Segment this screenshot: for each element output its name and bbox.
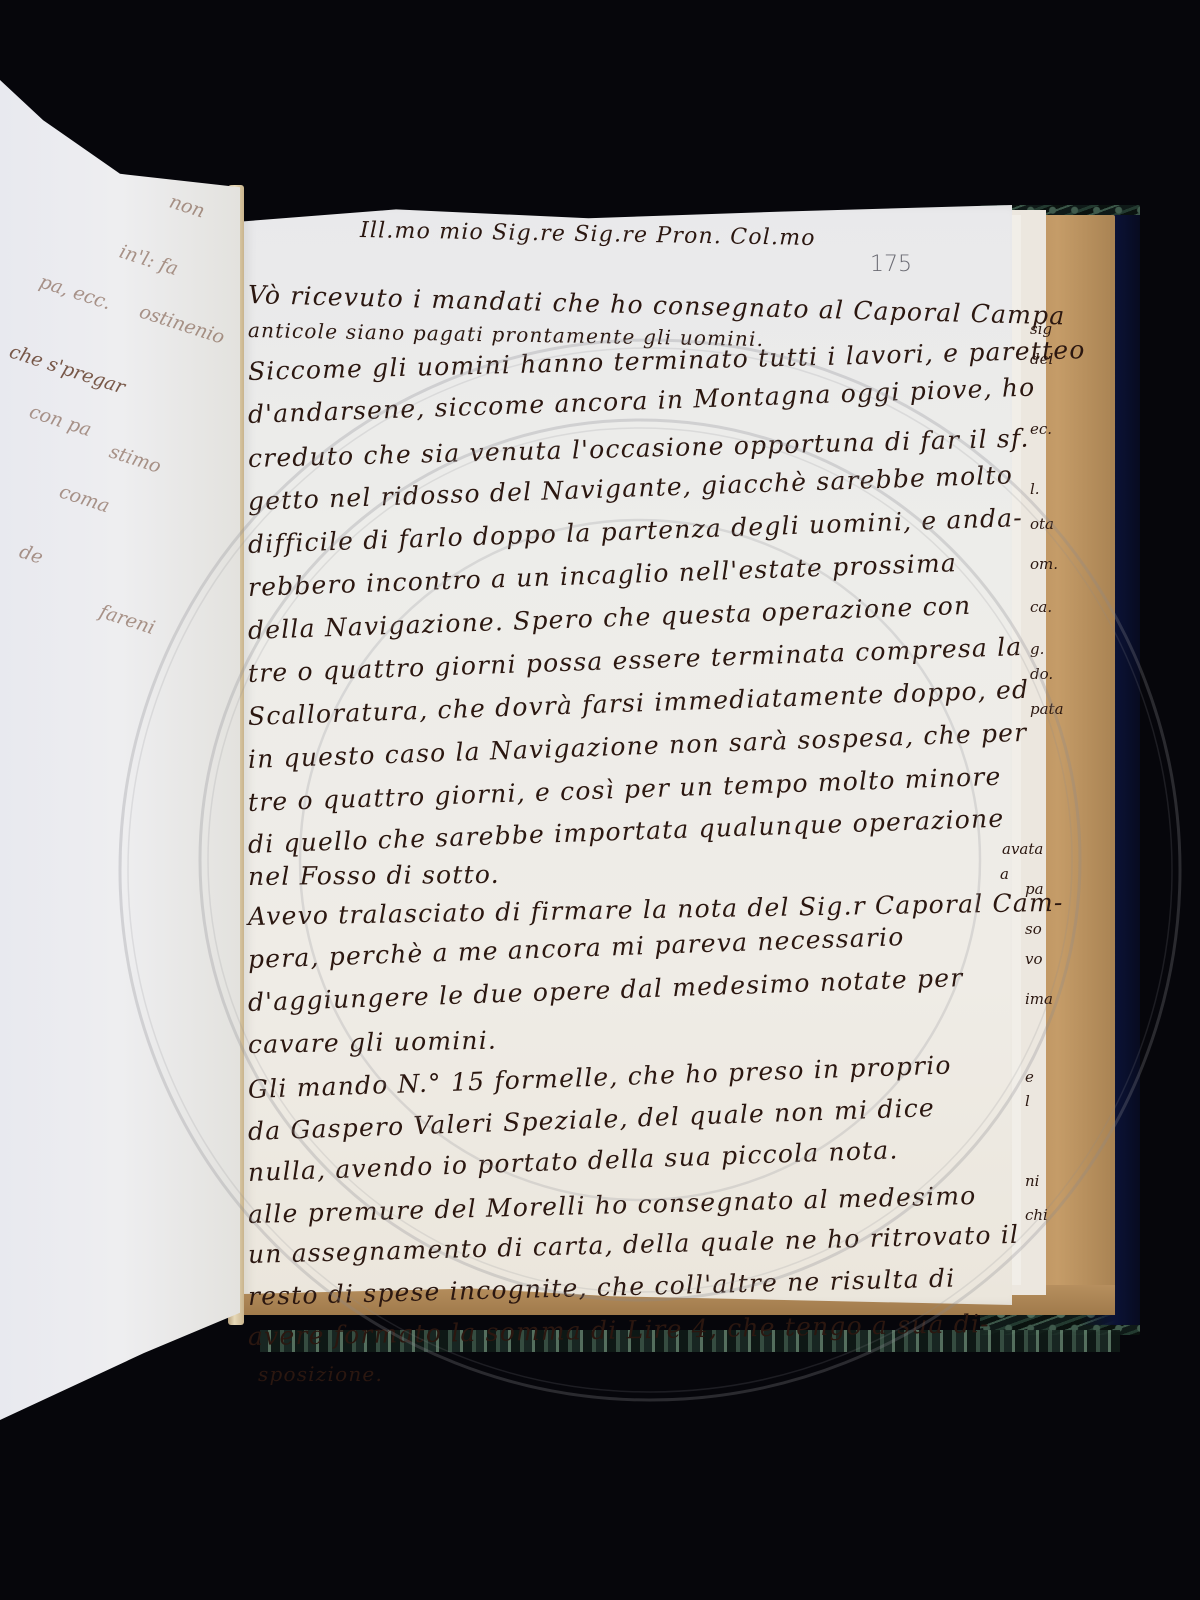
margin-fragment: do. xyxy=(1030,665,1053,683)
margin-fragment: avata xyxy=(1002,840,1043,858)
margin-fragment: chi xyxy=(1025,1206,1048,1224)
margin-fragment: del xyxy=(1030,350,1053,368)
letter-line: sposizione. xyxy=(258,1362,383,1386)
margin-fragment: pata xyxy=(1030,700,1064,718)
margin-fragment: e xyxy=(1025,1068,1034,1086)
letter-line: nel Fosso di sotto. xyxy=(248,860,500,891)
margin-fragment: ota xyxy=(1030,515,1054,533)
margin-fragment: l xyxy=(1025,1092,1030,1110)
margin-fragment: a xyxy=(1000,865,1009,883)
margin-fragment: ima xyxy=(1025,990,1053,1008)
margin-fragment: l. xyxy=(1030,480,1040,498)
margin-fragment: ca. xyxy=(1030,598,1052,616)
margin-fragment: ec. xyxy=(1030,420,1052,438)
margin-fragment: vo xyxy=(1025,950,1043,968)
left-page xyxy=(0,80,240,1420)
margin-fragment: g. xyxy=(1030,640,1044,658)
letter-line: cavare gli uomini. xyxy=(248,1026,498,1059)
folio-number: 175 xyxy=(870,252,912,277)
margin-fragment: ni xyxy=(1025,1172,1039,1190)
margin-fragment: pa xyxy=(1025,880,1044,898)
margin-fragment: om. xyxy=(1030,555,1058,573)
margin-fragment: so xyxy=(1025,920,1042,938)
manuscript-scan: non in'l: fa pa, ecc. ostinenio che s'pr… xyxy=(0,0,1200,1600)
margin-fragment: sig xyxy=(1030,320,1052,338)
